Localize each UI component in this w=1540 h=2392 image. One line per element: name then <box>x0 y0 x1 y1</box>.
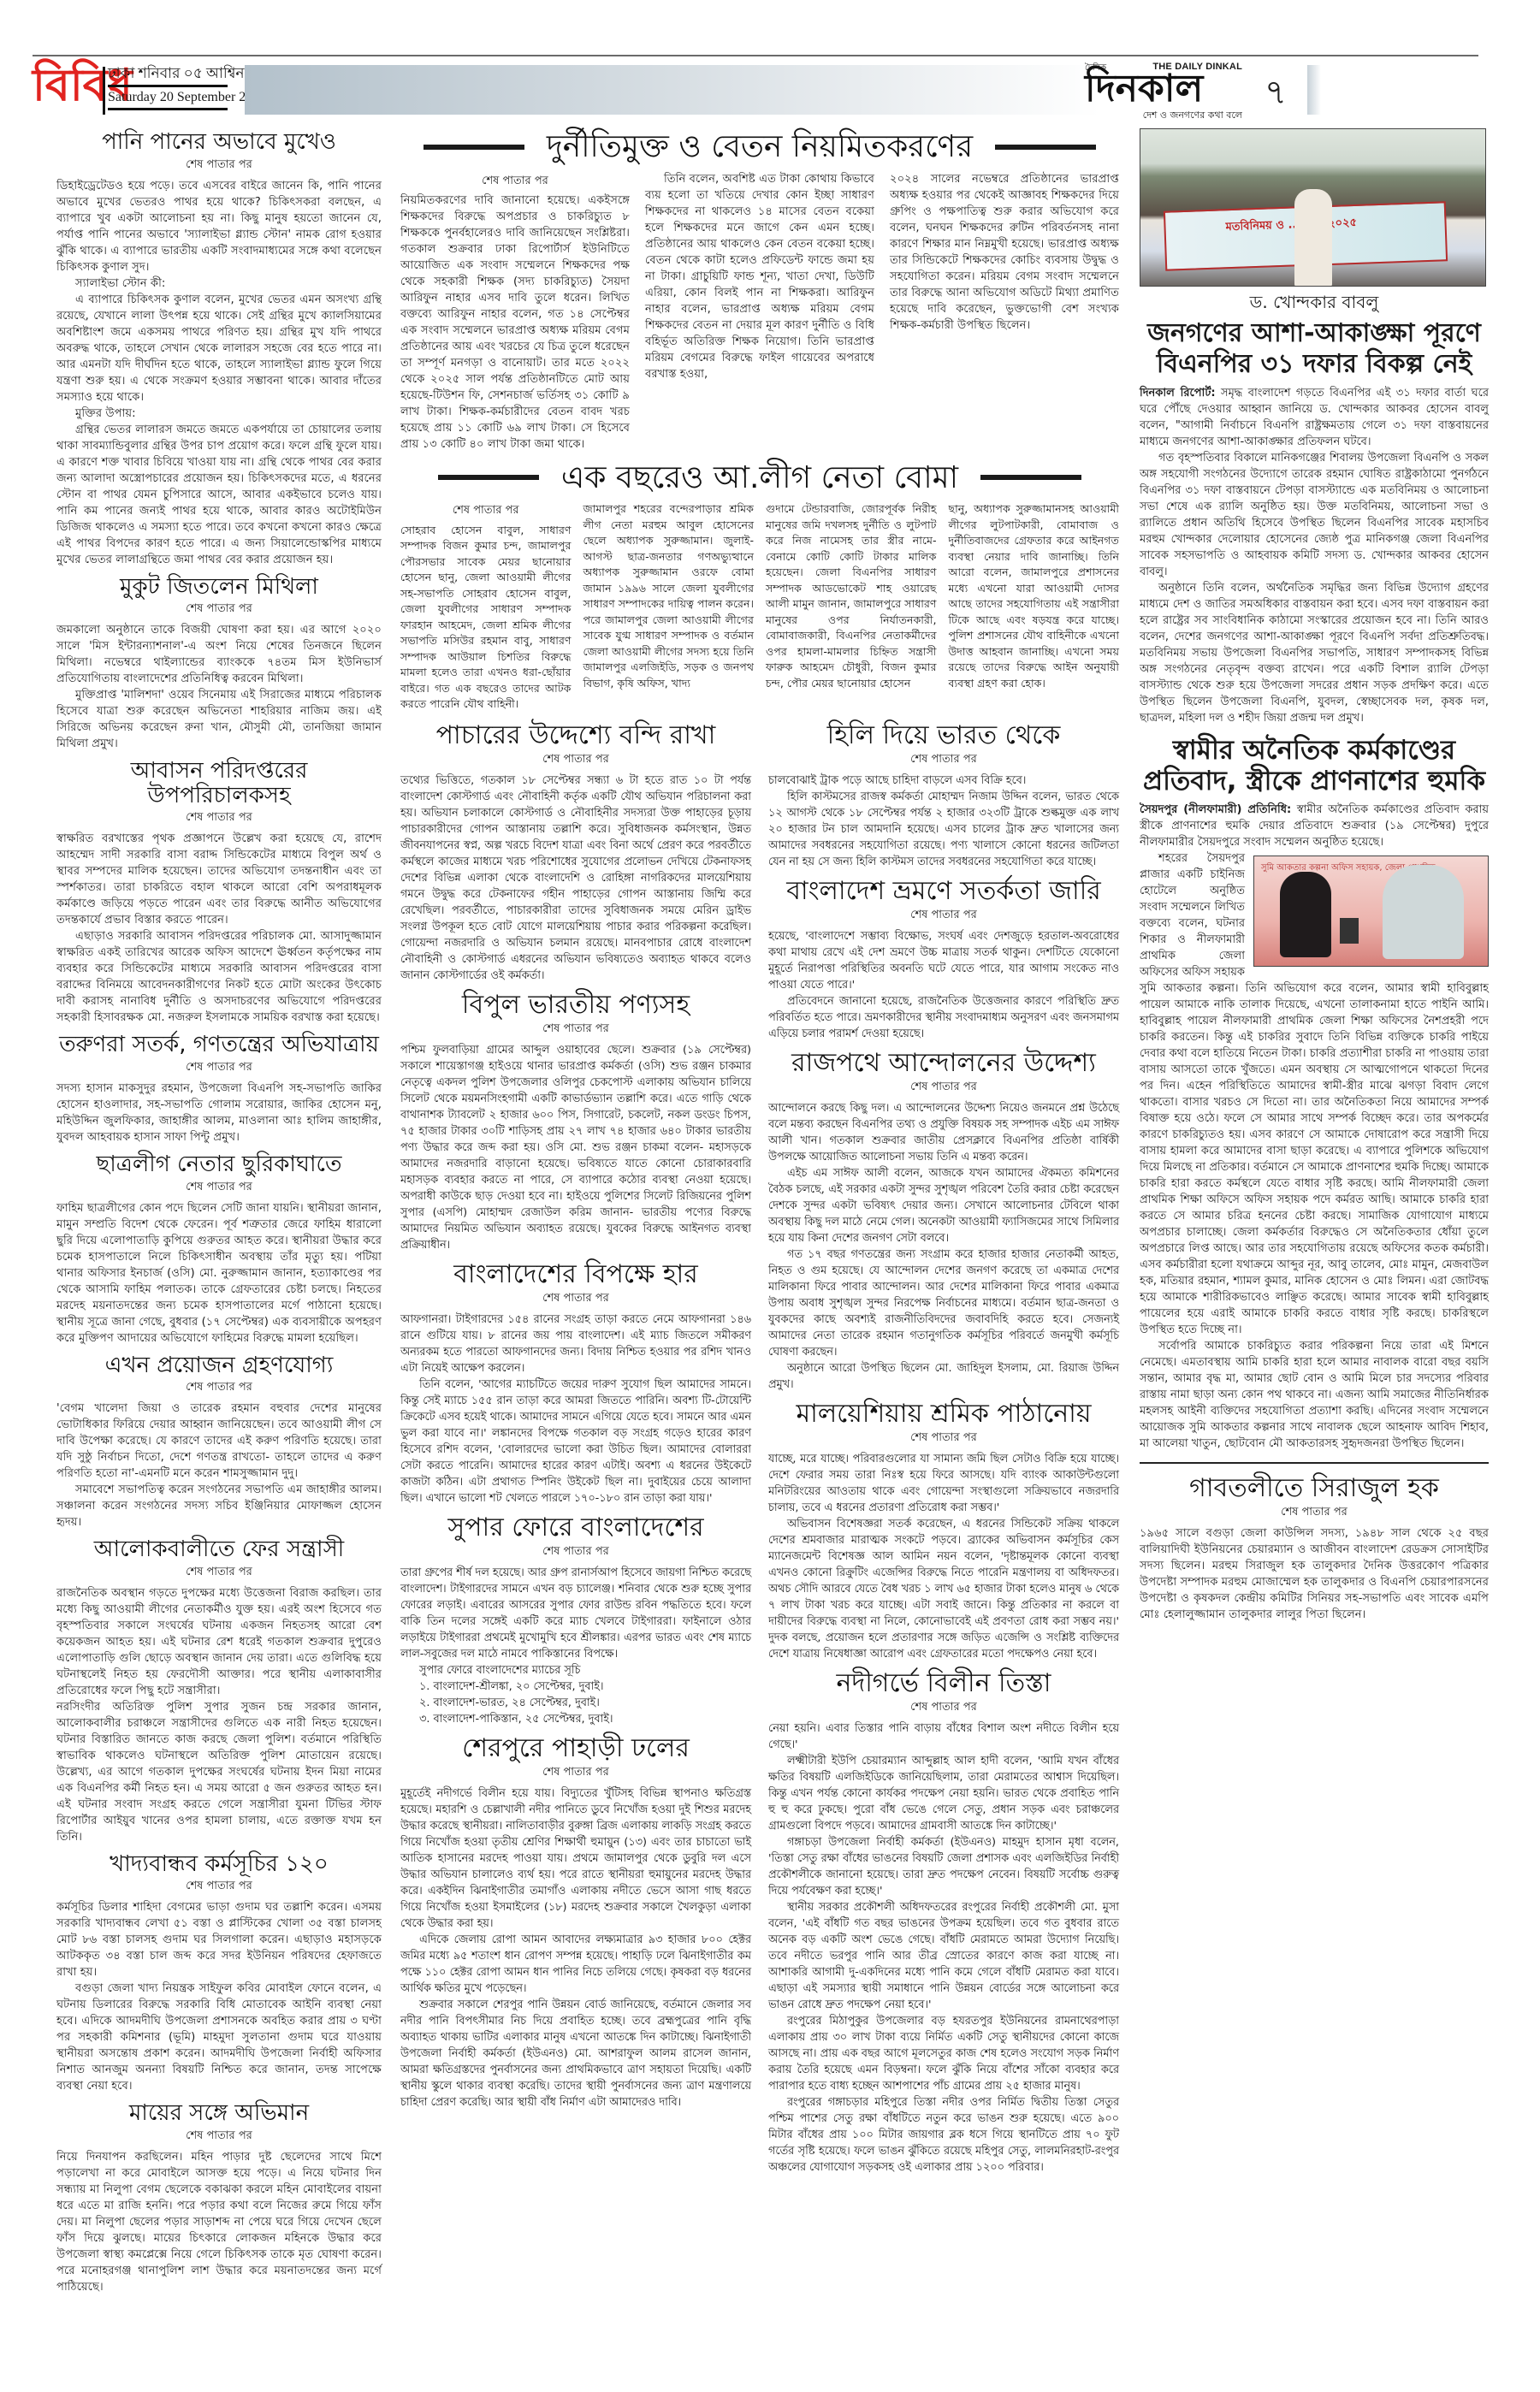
continued-label: শেষ পাতার পর <box>56 2128 382 2146</box>
headline: মায়ের সঙ্গে অভিমান <box>56 2101 382 2126</box>
headline: নদীগর্ভে বিলীন তিস্তা <box>768 1669 1119 1697</box>
story-stabbing: ছাত্রলীগ নেতার ছুরিকাঘাতে শেষ পাতার পর ফ… <box>56 1152 382 1347</box>
middle-two-columns: পাচারের উদ্দেশ্যে বন্দি রাখা শেষ পাতার প… <box>400 721 1119 2182</box>
press-conference-photo: সুমি আকতার কল্পনা অফিস সহায়ক, জেলা প্রা… <box>1253 856 1489 967</box>
date-english: Saturday 20 September 2025 <box>108 87 228 110</box>
logo-tagline: দেশ ও জনগণের কথা বলে <box>1143 108 1242 124</box>
story-body: স্বাক্ষরিত বরখাস্তের পৃথক প্রজ্ঞাপনে উল্… <box>56 831 382 1026</box>
story-body: জমকালো অনুষ্ঠানে তাকে বিজয়ী ঘোষণা করা হ… <box>56 622 382 752</box>
middle-section: দুর্নীতিমুক্ত ও বেতন নিয়মিতকরণের শেষ পা… <box>400 130 1119 2182</box>
schedule-item: ৩. বাংলাদেশ-পাকিস্তান, ২৫ সেপ্টেম্বর, দু… <box>400 1711 751 1727</box>
person-figure <box>1280 872 1331 957</box>
story-teachers-salary: দুর্নীতিমুক্ত ও বেতন নিয়মিতকরণের শেষ পা… <box>400 130 1119 453</box>
story-siraj-haque: গাবতলীতে সিরাজুল হক শেষ পাতার পর ১৯৬৫ সা… <box>1140 1474 1489 1623</box>
headline: খাদ্যবান্ধব কর্মসূচির ১২০ <box>56 1852 382 1877</box>
headline: আলোকবালীতে ফের সন্ত্রাসী <box>56 1537 382 1562</box>
date-box: ঢাকা শনিবার ০৫ আশ্বিন ১৪৩২ Saturday 20 S… <box>108 63 228 110</box>
headline: রাজপথে আন্দোলনের উদ্দেশ্য <box>768 1049 1119 1077</box>
continued-label: শেষ পাতার পর <box>56 157 382 175</box>
story-body: সৈয়দপুর (নীলফামারী) প্রতিনিধি: স্বামীর … <box>1140 802 1489 1452</box>
headline: জনগণের আশা-আকাঙ্ক্ষা পূরণে বিএনপির ৩১ দফ… <box>1140 318 1489 380</box>
section-divider <box>1140 1462 1489 1464</box>
story-columns: শেষ পাতার পর নিয়মিতকরণের দাবি জানানো হয… <box>400 171 1119 453</box>
schedule-item: ১. বাংলাদেশ-শ্রীলঙ্কা, ২০ সেপ্টেম্বর, দু… <box>400 1679 751 1695</box>
headline: এক বছরেও আ.লীগ নেতা বোমা <box>561 461 958 495</box>
masthead-edge-bar <box>1307 65 1321 115</box>
headline: দুর্নীতিমুক্ত ও বেতন নিয়মিতকরণের <box>547 130 973 164</box>
schedule-item: ২. বাংলাদেশ-ভারত, ২৪ সেপ্টেম্বর, দুবাই। <box>400 1695 751 1711</box>
headline-rule-right <box>995 145 1096 150</box>
story-body: ডিহাইড্রেটেডও হয়ে পড়ে। তবে এসবের বাইরে… <box>56 178 382 568</box>
page-number: ৭ <box>1265 65 1287 122</box>
headline: হিলি দিয়ে ভারত থেকে <box>768 721 1119 749</box>
story-travel-alert: বাংলাদেশ ভ্রমণে সতর্কতা জারি শেষ পাতার প… <box>768 877 1119 1042</box>
newspaper-logo: দৈনিক THE DAILY DINKAL দিনকাল দেশ ও জনগণ… <box>1085 56 1247 121</box>
story-water-stone: পানি পানের অভাবে মুখেও শেষ পাতার পর ডিহা… <box>56 130 382 568</box>
headline: গাবতলীতে সিরাজুল হক <box>1140 1474 1489 1502</box>
story-body: দিনকাল রিপোর্ট: সমৃদ্ধ বাংলাদেশ গড়তে বি… <box>1140 385 1489 726</box>
headline: শেরপুরে পাহাড়ী ঢলের <box>400 1734 751 1762</box>
lead-person-figure <box>1294 189 1332 287</box>
story-cricket-loss: বাংলাদেশের বিপক্ষে হার শেষ পাতার পর আফগা… <box>400 1260 751 1507</box>
headline-ruled: দুর্নীতিমুক্ত ও বেতন নিয়মিতকরণের <box>400 130 1119 164</box>
rally-photo: মতবিনিময় ও ... সভা-২০২৫ <box>1140 128 1486 287</box>
headline-ruled: এক বছরেও আ.লীগ নেতা বোমা <box>400 461 1119 495</box>
headline: মুকুট জিতলেন মিথিলা <box>56 575 382 600</box>
story-body: কর্মসূচির ডিলার শাহিদা বেগমের ভাড়া গুদা… <box>56 1899 382 2094</box>
story-body: নিয়ে দিনযাপন করছিলেন। মহিন পাড়ার দুষ্ট… <box>56 2149 382 2295</box>
continued-label: শেষ পাতার পর <box>56 809 382 827</box>
story-street-movement: রাজপথে আন্দোলনের উদ্দেশ্য শেষ পাতার পর আ… <box>768 1049 1119 1393</box>
story-bomb-leader: এক বছরেও আ.লীগ নেতা বোমা শেষ পাতার পর সো… <box>400 461 1119 713</box>
story-food-program: খাদ্যবান্ধব কর্মসূচির ১২০ শেষ পাতার পর ক… <box>56 1852 382 2095</box>
story-indian-goods: বিপুল ভারতীয় পণ্যসহ শেষ পাতার পর পশ্চিম… <box>400 991 751 1253</box>
story-trafficking: পাচারের উদ্দেশ্যে বন্দি রাখা শেষ পাতার প… <box>400 721 751 984</box>
story-teesta-erosion: নদীগর্ভে বিলীন তিস্তা শেষ পাতার পর নেয়া… <box>768 1669 1119 2176</box>
headline: পানি পানের অভাবে মুখেও <box>56 130 382 155</box>
story-alokbali: আলোকবালীতে ফের সন্ত্রাসী শেষ পাতার পর রা… <box>56 1537 382 1845</box>
story-sherpur-flood: শেরপুরে পাহাড়ী ঢলের শেষ পাতার পর মুহূর্… <box>400 1734 751 2111</box>
headline-rule-left <box>423 145 524 150</box>
microphone-icon <box>1340 918 1359 944</box>
headline: এখন প্রয়োজন গ্রহণযোগ্য <box>56 1353 382 1378</box>
story-housing: আবাসন পরিদপ্তরের উপপরিচালকসহ শেষ পাতার প… <box>56 759 382 1026</box>
story-acceptable-election: এখন প্রয়োজন গ্রহণযোগ্য শেষ পাতার পর 'বে… <box>56 1353 382 1531</box>
story-wife-threat: স্বামীর অনৈতিক কর্মকাণ্ডের প্রতিবাদ, স্ত… <box>1140 735 1489 1452</box>
continued-label: শেষ পাতার পর <box>56 601 382 619</box>
headline: ছাত্রলীগ নেতার ছুরিকাঘাতে <box>56 1152 382 1177</box>
byline: সৈয়দপুর (নীলফামারী) প্রতিনিধি: <box>1140 803 1291 816</box>
headline-rule-right <box>980 475 1081 480</box>
continued-label: শেষ পাতার পর <box>56 1379 382 1397</box>
kicker: ড. খোন্দকার বাবলু <box>1140 290 1489 318</box>
date-bengali: ঢাকা শনিবার ০৫ আশ্বিন ১৪৩২ <box>108 63 228 87</box>
logo-bengali: দিনকাল <box>1085 70 1203 108</box>
continued-label: শেষ পাতার পর <box>56 1564 382 1582</box>
headline: আবাসন পরিদপ্তরের উপপরিচালকসহ <box>56 759 382 808</box>
masthead-gradient-bar <box>245 65 1100 115</box>
story-youth-alert: তরুণরা সতর্ক, গণতন্ত্রের অভিযাত্রায় শেষ… <box>56 1033 382 1146</box>
right-column: মতবিনিময় ও ... সভা-২০২৫ ড. খোন্দকার বাব… <box>1140 128 1489 1630</box>
middle-right-subcolumn: হিলি দিয়ে ভারত থেকে শেষ পাতার পর চালবোঝ… <box>768 721 1119 2182</box>
headline: বিপুল ভারতীয় পণ্যসহ <box>400 991 751 1019</box>
headline: বাংলাদেশের বিপক্ষে হার <box>400 1260 751 1288</box>
story-body: 'বেগম খালেদা জিয়া ও তারেক রহমান বহুবার … <box>56 1400 382 1531</box>
headline: স্বামীর অনৈতিক কর্মকাণ্ডের প্রতিবাদ, স্ত… <box>1140 735 1489 796</box>
headline: সুপার ফোরে বাংলাদেশের <box>400 1513 751 1542</box>
story-mithila: মুকুট জিতলেন মিথিলা শেষ পাতার পর জমকালো … <box>56 575 382 753</box>
left-column: পানি পানের অভাবে মুখেও শেষ পাতার পর ডিহা… <box>56 130 382 2302</box>
middle-left-subcolumn: পাচারের উদ্দেশ্যে বন্দি রাখা শেষ পাতার প… <box>400 721 751 2182</box>
continued-label: শেষ পাতার পর <box>56 1179 382 1197</box>
masthead-divider <box>103 67 105 115</box>
headline: বাংলাদেশ ভ্রমণে সতর্কতা জারি <box>768 877 1119 905</box>
story-super-four: সুপার ফোরে বাংলাদেশের শেষ পাতার পর তারা … <box>400 1513 751 1727</box>
story-body: ফাহিম ছাত্রলীগের কোন পদে ছিলেন সেটি জানা… <box>56 1200 382 1347</box>
continued-label: শেষ পাতার পর <box>56 1059 382 1077</box>
person-figure <box>1383 865 1464 959</box>
schedule-title: সুপার ফোরে বাংলাদেশের ম্যাচের সূচি <box>400 1662 751 1679</box>
story-bnp-31-points: মতবিনিময় ও ... সভা-২০২৫ ড. খোন্দকার বাব… <box>1140 128 1489 726</box>
headline-rule-left <box>438 475 539 480</box>
story-malaysia-workers: মালয়েশিয়ায় শ্রমিক পাঠানোয় শেষ পাতার … <box>768 1400 1119 1662</box>
story-columns: শেষ পাতার পর সোহরাব হোসেন বাবুল, সাধারণ … <box>400 501 1119 713</box>
story-mother: মায়ের সঙ্গে অভিমান শেষ পাতার পর নিয়ে দ… <box>56 2101 382 2295</box>
story-body: সদস্য হাসান মাকসুদুর রহমান, উপজেলা বিএনপ… <box>56 1081 382 1146</box>
story-body: রাজনৈতিক অবস্থান গড়তে দুপক্ষের মধ্যে উত… <box>56 1585 382 1845</box>
headline: পাচারের উদ্দেশ্যে বন্দি রাখা <box>400 721 751 749</box>
masthead: বিবিধ ঢাকা শনিবার ০৫ আশ্বিন ১৪৩২ Saturda… <box>33 55 1478 120</box>
headline: মালয়েশিয়ায় শ্রমিক পাঠানোয় <box>768 1400 1119 1428</box>
headline: তরুণরা সতর্ক, গণতন্ত্রের অভিযাত্রায় <box>56 1033 382 1057</box>
byline: দিনকাল রিপোর্ট: <box>1140 387 1216 400</box>
story-hili-rice: হিলি দিয়ে ভারত থেকে শেষ পাতার পর চালবোঝ… <box>768 721 1119 870</box>
continued-label: শেষ পাতার পর <box>56 1878 382 1896</box>
